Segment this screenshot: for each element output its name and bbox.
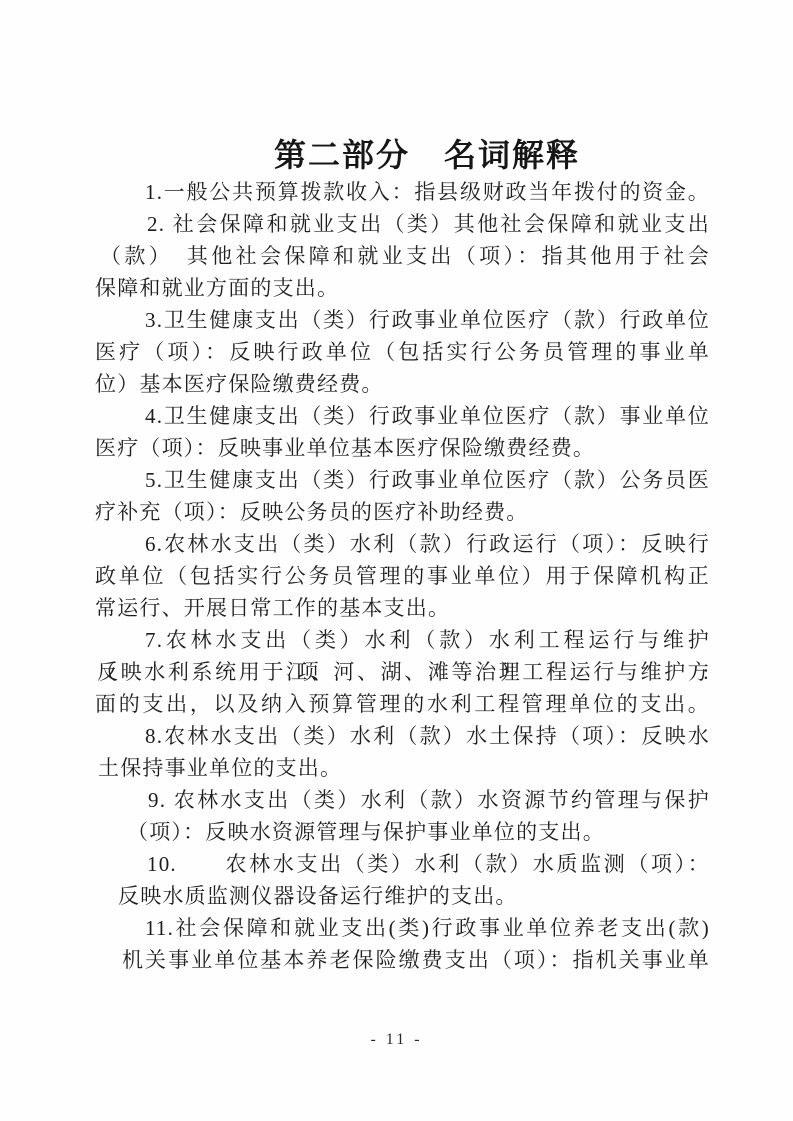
text-line: 7.农林水支出（类）水利（款）水利工程运行与维护（项）: (95, 624, 710, 656)
text-line: 4.卫生健康支出（类）行政事业单位医疗（款）事业单位 (95, 400, 710, 432)
text-line: 位）基本医疗保险缴费经费。 (95, 368, 710, 400)
text-line: 政单位（包括实行公务员管理的事业单位）用于保障机构正 (95, 560, 710, 592)
text-line: 疗补充（项）：反映公务员的医疗补助经费。 (95, 496, 710, 528)
text-line: 3.卫生健康支出（类）行政事业单位医疗（款）行政单位 (95, 304, 710, 336)
text-line: 保障和就业方面的支出。 (95, 272, 710, 304)
body-text: 1.一般公共预算拨款收入：指县级财政当年拨付的资金。2. 社会保障和就业支出（类… (95, 176, 710, 976)
text-line: 常运行、开展日常工作的基本支出。 (95, 592, 710, 624)
page-title: 第二部分 名词解释 (0, 130, 793, 176)
text-line: 6.农林水支出（类）水利（款）行政运行（项）：反映行 (95, 528, 710, 560)
text-line: （项）：反映水资源管理与保护事业单位的支出。 (95, 816, 710, 848)
page-number: - 11 - (0, 1031, 793, 1049)
text-line: 10. 农林水支出（类）水利（款）水质监测（项）： (95, 848, 710, 880)
text-line: 反映水利系统用于江、河、湖、滩等治理工程运行与维护方 (95, 656, 710, 688)
text-line: 11.社会保障和就业支出(类)行政事业单位养老支出(款) (95, 912, 710, 944)
text-line: 2. 社会保障和就业支出（类）其他社会保障和就业支出 (95, 208, 710, 240)
text-line: 反映水质监测仪器设备运行维护的支出。 (95, 880, 710, 912)
document-page: 第二部分 名词解释 1.一般公共预算拨款收入：指县级财政当年拨付的资金。2. 社… (0, 0, 793, 1121)
text-line: 医疗（项）：反映事业单位基本医疗保险缴费经费。 (95, 432, 710, 464)
text-line: 面的支出，以及纳入预算管理的水利工程管理单位的支出。 (95, 688, 710, 720)
text-line: 5.卫生健康支出（类）行政事业单位医疗（款）公务员医 (95, 464, 710, 496)
text-line: 8.农林水支出（类）水利（款）水土保持（项）：反映水 (95, 720, 710, 752)
text-line: 土保持事业单位的支出。 (95, 752, 710, 784)
text-line: 1.一般公共预算拨款收入：指县级财政当年拨付的资金。 (95, 176, 710, 208)
text-line: （款） 其他社会保障和就业支出（项）：指其他用于社会 (95, 240, 710, 272)
text-line: 医疗（项）：反映行政单位（包括实行公务员管理的事业单 (95, 336, 710, 368)
text-line: 9. 农林水支出（类）水利（款）水资源节约管理与保护 (95, 784, 710, 816)
text-line: 机关事业单位基本养老保险缴费支出（项）：指机关事业单 (95, 944, 710, 976)
